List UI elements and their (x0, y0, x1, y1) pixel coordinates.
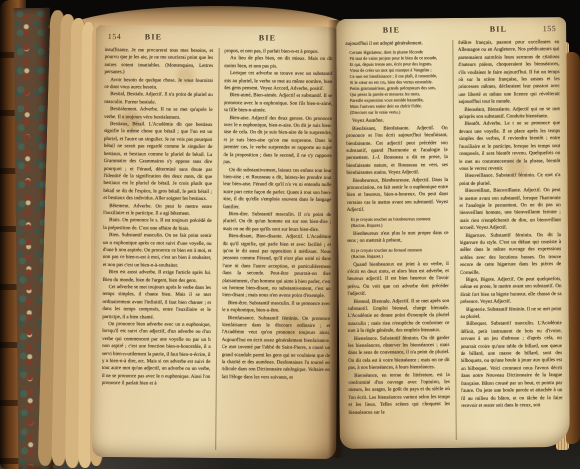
running-head: BIE (259, 33, 276, 42)
entry-paragraph: Bienheureux, Bienheureuse. Adjectif. Dan… (347, 177, 449, 215)
entry-paragraph: Bigarrure. Substantif féminin. On dit la… (459, 232, 561, 277)
entry-paragraph: Bien-dire. Substantif masculin. Il n'a p… (223, 211, 332, 234)
entry-paragraph: Bigoterie. Substantif féminin. Il ne se … (460, 306, 562, 322)
entry-paragraph: Bêtement. Adverbe. On peut le mettre ent… (103, 203, 212, 219)
entry-paragraph: Bienséance, en terme de littérature, est… (348, 372, 450, 417)
left-page: 154 BIE BIE insuffisante. Je me procurer… (92, 25, 340, 459)
page-number: 155 (543, 24, 557, 33)
entry-paragraph: Bien est aussi adverbe. Il exige l'artic… (103, 269, 212, 285)
text-column: théâtre français, passent pour excellent… (458, 39, 563, 440)
entry-paragraph: Bestiaux, Bétail. L'Académie dit que bes… (103, 121, 212, 203)
right-page: BIE BIL 155 aujourd'hui il est adopté gé… (336, 17, 570, 449)
entry-paragraph: Bilboquet. Substantif masculin. L'Académ… (460, 320, 562, 410)
entry-paragraph: Au lieu de plus bien, on dit mieux. Mais… (224, 55, 333, 71)
entry-paragraph: Bestialement. Adverbe. Il ne se met qu'a… (104, 106, 213, 122)
entry-paragraph: théâtre français, passent pour excellent… (458, 39, 560, 107)
running-head: BIL (490, 25, 507, 34)
column-rule (452, 40, 456, 440)
page-number: 154 (108, 32, 122, 41)
left-page-columns: insuffisante. Je me procurerai tous mes … (101, 47, 332, 451)
right-page-columns: aujourd'hui il est adopté généralement. … (345, 39, 562, 441)
entry-paragraph: Bien-aise. Adjectif des deux genres. On … (223, 115, 332, 168)
entry-paragraph: Biennal, Biennale. Adjectif. Il se met a… (348, 298, 450, 336)
left-page-header: 154 BIE BIE (104, 32, 332, 46)
entry-paragraph: Bien-disant, Bien-disante. Adjectif. L'A… (222, 233, 331, 301)
photo-scene: 154 BIE BIE insuffisante. Je me procurer… (0, 0, 580, 469)
entry-paragraph: On prononce bien adverbe avec un n eupho… (102, 321, 211, 389)
column-rule (215, 48, 220, 450)
text-column: aujourd'hui il est adopté généralement. … (345, 40, 450, 441)
verse-quotation: Et je croyais toucher au bienheureux mom… (347, 214, 449, 231)
entry-paragraph: Bien-aimé, Bien-aimée. Adjectif et subst… (224, 92, 333, 115)
entry-paragraph: Bienfaisant, Bienfaisante. Adjectif. On … (346, 125, 448, 178)
right-page-header: BIE BIL 155 (344, 24, 558, 38)
entry-paragraph: Avoir besoin de quelque chose. Je vous f… (104, 77, 213, 93)
entry-paragraph: Bien-être. Substantif masculin. Il se pr… (222, 300, 331, 316)
entry-paragraph: Bigot, Bigote. Adjectif. On peut quelque… (460, 276, 562, 307)
verse-quotation: Et je croyais toucher au fortuné moment … (347, 245, 449, 262)
entry-paragraph: Bienséance. Substantif féminin. On dit g… (348, 335, 450, 373)
entry-paragraph: Bienheureux n'est plus le mot propre dan… (347, 230, 449, 246)
text-column: propos, et non pas, il parlait bien-n-et… (221, 48, 333, 451)
entry-paragraph: Bientôt. Adverbe. Le t ne se prononce qu… (459, 121, 561, 174)
entry-paragraph: Bienveillant, Bienveillante. Adjectif. O… (459, 187, 561, 232)
entry-paragraph: Bienfaisance. Substantif féminin. On pro… (221, 315, 330, 383)
entry-paragraph: insuffisante. Je me procurerai tous mes … (104, 47, 213, 78)
running-head: BIE (145, 32, 162, 41)
entry-paragraph: Lorsque cet adverbe se trouve avec un su… (224, 70, 333, 93)
text-column: insuffisante. Je me procurerai tous mes … (101, 47, 213, 450)
entry-paragraph: Bienveillance. Substantif féminin. Ce mo… (459, 172, 561, 188)
entry-paragraph: Quand bienheureux est joint à un verbe, … (347, 261, 449, 299)
verse-quotation: Certain législateur, dont la plume fécon… (345, 47, 447, 118)
entry-paragraph: Cet adverbe se met toujours après le ver… (102, 284, 211, 322)
entry-paragraph: Bienséant, Bienséante. Adjectif qui ne s… (458, 106, 560, 122)
entry-paragraph: On dit substantivement, laissez ces enfa… (223, 167, 332, 212)
entry-paragraph: Bien. Substantif masculin. On ne fait po… (103, 232, 212, 270)
running-head: BIE (383, 25, 400, 34)
entry-paragraph: Bestial, Bestiale. Adjectif. Il n'a poin… (104, 91, 213, 107)
entry-paragraph: Biais. On prononce le s. Il est toujours… (103, 217, 212, 233)
